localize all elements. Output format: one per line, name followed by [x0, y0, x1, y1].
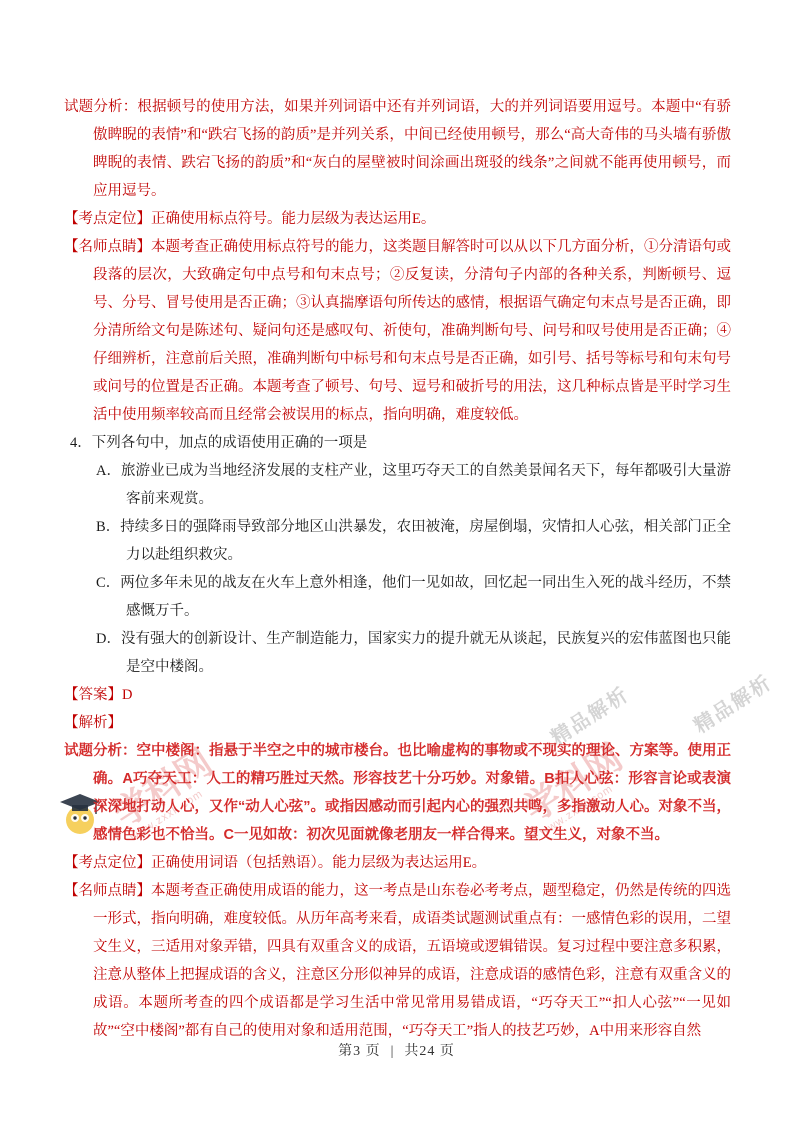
question-4-analysis-paragraph: 试题分析：空中楼阁：指悬于半空之中的城市楼台。也比喻虚构的事物或不现实的理论、方…: [64, 737, 731, 849]
answer-label: 【答案】: [64, 687, 122, 703]
option-b-label: B．: [96, 519, 120, 535]
footer-total-pages: 共24 页: [404, 1044, 455, 1059]
footer-divider: |: [391, 1044, 395, 1059]
question-4-option-a: A．旅游业已成为当地经济发展的支柱产业，这里巧夺天工的自然美景闻名天下，每年都吸…: [96, 457, 731, 513]
option-c-text: 两位多年未见的战友在火车上意外相逢，他们一见如故，回忆起一同出生入死的战斗经历，…: [120, 575, 731, 619]
document-body: 试题分析：根据顿号的使用方法，如果并列词语中还有并列词语，大的并列词语要用逗号。…: [64, 93, 731, 1045]
question-4-number: 4．: [70, 435, 92, 451]
question3-teacher-tip-paragraph: 【名师点睛】本题考查正确使用标点符号的能力，这类题目解答时可以从以下几方面分析，…: [64, 233, 731, 429]
question3-exam-point-line: 【考点定位】正确使用标点符号。能力层级为表达运用E。: [64, 205, 731, 233]
page-footer: 第3 页|共24 页: [0, 1040, 793, 1060]
question-4-option-d: D．没有强大的创新设计、生产制造能力，国家实力的提升就无从谈起，民族复兴的宏伟蓝…: [96, 625, 731, 681]
question-4-exam-point-line: 【考点定位】正确使用词语（包括熟语）。能力层级为表达运用E。: [64, 849, 731, 877]
question-4-option-c: C．两位多年未见的战友在火车上意外相逢，他们一见如故，回忆起一同出生入死的战斗经…: [96, 569, 731, 625]
option-d-label: D．: [96, 631, 121, 647]
question3-analysis-paragraph: 试题分析：根据顿号的使用方法，如果并列词语中还有并列词语，大的并列词语要用逗号。…: [64, 93, 731, 205]
option-d-text: 没有强大的创新设计、生产制造能力，国家实力的提升就无从谈起，民族复兴的宏伟蓝图也…: [121, 631, 731, 675]
answer-value: D: [122, 687, 132, 703]
question-4-explanation-label: 【解析】: [64, 709, 731, 737]
question-4-option-b: B．持续多日的强降雨导致部分地区山洪暴发，农田被淹，房屋倒塌，灾情扣人心弦，相关…: [96, 513, 731, 569]
question-4-text: 下列各句中，加点的成语使用正确的一项是: [92, 435, 368, 451]
option-a-label: A．: [96, 463, 121, 479]
option-b-text: 持续多日的强降雨导致部分地区山洪暴发，农田被淹，房屋倒塌，灾情扣人心弦，相关部门…: [120, 519, 731, 563]
question-4-teacher-tip-paragraph: 【名师点睛】本题考查正确使用成语的能力，这一考点是山东卷必考考点，题型稳定，仍然…: [64, 877, 731, 1045]
option-a-text: 旅游业已成为当地经济发展的支柱产业，这里巧夺天工的自然美景闻名天下，每年都吸引大…: [121, 463, 731, 507]
footer-current-page: 第3 页: [338, 1044, 381, 1059]
option-c-label: C．: [96, 575, 120, 591]
question-4-stem: 4．下列各句中，加点的成语使用正确的一项是: [70, 429, 731, 457]
exam-answer-page: { "doc": { "section_punctuation": { "ana…: [0, 0, 793, 1122]
question-4-answer-line: 【答案】D: [64, 681, 731, 709]
